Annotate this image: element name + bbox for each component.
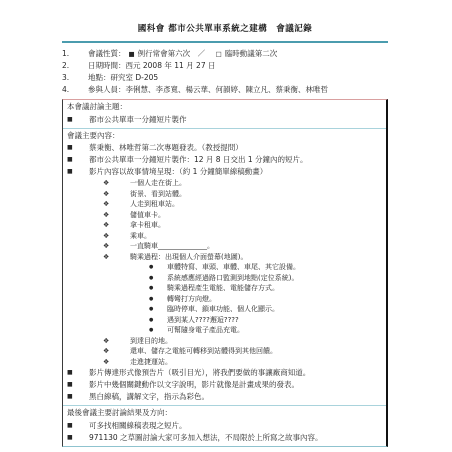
list-item: ❖騎乘過程：出現個人介面螢幕(地圖)。 [63,252,386,263]
list-item: ■影片內容以故事情境呈現：（約 1 分鐘簡單線稿動畫） [63,166,386,178]
bullet-dot-icon: ● [149,294,167,305]
meta-item: 4.參與人員：李俐慧、李彥寬、楊云華、何韻婷、陳立凡、蔡秉衡、林唯哲 [62,84,388,96]
list-item-text: 轉彎打方向燈。 [167,294,216,305]
list-item-text: 臨時停車、鎖車功能、個人化顯示。 [167,304,279,315]
bullet-dot-icon: ● [149,325,167,336]
list-item-text: 騎乘過程產生電能、電能儲存方式。 [167,283,279,294]
list-item: ●騎乘過程產生電能、電能儲存方式。 [63,283,386,294]
bullet-diamond-icon: ❖ [103,336,130,347]
section-items: ■蔡秉衡、林唯哲第二次專題發表。（教授提問）■都市公共單車一分鐘短片製作：12 … [63,142,386,403]
meta-item: 1.會議性質：■例行常會第六次 ／ □臨時動議第二次 [62,48,388,60]
list-item: ■影片中幾個關鍵動作以文字說明，影片就像是計畫成果的發表。 [63,379,386,391]
list-item: ■蔡秉衡、林唯哲第二次專題發表。（教授提問） [63,142,386,154]
list-item-text: 一個人走在街上。 [130,178,186,189]
bullet-diamond-icon: ❖ [103,199,130,210]
meta-item: 2.日期時間：西元 2008 年 11 月 27 日 [62,60,388,72]
meta-item-text: 日期時間：西元 2008 年 11 月 27 日 [88,60,388,72]
section-topic: 本會議討論主題： ■都市公共單車一分鐘短片製作 [63,100,386,128]
list-item-text: 系統感應經過路口監測到地點(定位系統)。 [167,273,298,284]
meta-text-segment: 參與人員：李俐慧、李彥寬、楊云華、何韻婷、陳立凡、蔡秉衡、林唯哲 [88,85,328,94]
meta-text-segment: 會議性質： [88,49,126,58]
list-item-text: 還車、儲存之電能可轉移到站體得到其他回饋。 [130,346,277,357]
list-item-text: 971130 之草圖討論大家可多加入想法，不局限於上所寫之故事內容。 [89,432,323,444]
bullet-square-icon: ■ [67,142,89,154]
list-item: ■都市公共單車一分鐘短片製作 [63,114,386,126]
checked-checkbox-icon: ■ [129,48,135,60]
list-item-text: 影片傳達形式像預告片（吸引目光），將我們要做的事讓廠商知道。 [89,367,310,379]
list-item: ■971130 之草圖討論大家可多加入想法，不局限於上所寫之故事內容。 [63,432,386,444]
document-page: 國科會 都市公共單車系統之建構 會議記錄 1.會議性質：■例行常會第六次 ／ □… [0,0,452,452]
title-rule [62,41,388,43]
list-item: ●系統感應經過路口監測到地點(定位系統)。 [63,273,386,284]
bullet-square-icon: ■ [67,432,89,444]
bullet-square-icon: ■ [67,154,89,166]
list-item-text: 走進捷運站。 [130,357,172,368]
bullet-dot-icon: ● [149,315,167,326]
list-item-text: 黑白線稿，講解文字，指示為彩色。 [89,391,209,403]
page-title: 國科會 都市公共單車系統之建構 會議記錄 [62,24,388,35]
list-item-text: 儲值車卡。 [130,210,165,221]
list-item-text: 街景、看到站體。 [130,189,186,200]
bullet-dot-icon: ● [149,283,167,294]
list-item: ■可多找相關線稿表現之短片。 [63,420,386,432]
list-item: ■黑白線稿，講解文字，指示為彩色。 [63,391,386,403]
bullet-square-icon: ■ [67,114,89,126]
list-item: ❖一個人走在街上。 [63,178,386,189]
bullet-square-icon: ■ [67,391,89,403]
meta-item-text: 參與人員：李俐慧、李彥寬、楊云華、何韻婷、陳立凡、蔡秉衡、林唯哲 [88,84,388,96]
meta-text-segment: 例行常會第六次 ／ [138,49,213,58]
meta-item-text: 會議性質：■例行常會第六次 ／ □臨時動議第二次 [88,48,388,60]
list-item: ❖到達目的地。 [63,336,386,347]
meta-item-number: 2. [62,60,88,72]
meta-item: 3.地點：研究室 D-205 [62,72,388,84]
list-item-text: 影片內容以故事情境呈現：（約 1 分鐘簡單線稿動畫） [89,166,267,178]
meta-item-number: 4. [62,84,88,96]
bullet-diamond-icon: ❖ [103,189,130,200]
bullet-square-icon: ■ [67,367,89,379]
list-item-text: 可幫隨身電子產品充電。 [167,325,244,336]
list-item-text: 人走到租車站。 [130,199,179,210]
section-header: 最後會議主要討論結果及方向： [63,407,386,420]
section-main-content: 會議主要內容： ■蔡秉衡、林唯哲第二次專題發表。（教授提問）■都市公共單車一分鐘… [63,128,386,406]
bullet-diamond-icon: ❖ [103,178,130,189]
meta-item-text: 地點：研究室 D-205 [88,72,388,84]
meta-text-segment: 地點：研究室 D-205 [88,73,158,82]
list-item-text: 都市公共單車一分鐘短片製作：12 月 8 日交出 1 分鐘內的短片。 [89,154,308,166]
minutes-table: 本會議討論主題： ■都市公共單車一分鐘短片製作 會議主要內容： ■蔡秉衡、林唯哲… [62,99,388,447]
list-item-text: 蔡秉衡、林唯哲第二次專題發表。（教授提問） [89,142,243,154]
list-item-text: 遇到某人????邂逅???? [167,315,239,326]
bullet-diamond-icon: ❖ [103,357,130,368]
section-header: 會議主要內容： [63,130,386,143]
list-item-text: 到達目的地。 [130,336,172,347]
bullet-dot-icon: ● [149,273,167,284]
meta-text-segment: 臨時動議第二次 [225,49,278,58]
meta-item-number: 1. [62,48,88,60]
list-item-text: 影片中幾個關鍵動作以文字說明，影片就像是計畫成果的發表。 [89,379,299,391]
list-item: ●遇到某人????邂逅???? [63,315,386,326]
list-item-text: 車體特寫、車頭、車體、車尾、其它設備。 [167,262,300,273]
list-item-text: 一直騎車______________。 [130,241,214,252]
list-item-text: 騎乘過程：出現個人介面螢幕(地圖)。 [130,252,247,263]
bullet-diamond-icon: ❖ [103,252,130,263]
bullet-diamond-icon: ❖ [103,210,130,221]
list-item: ■影片傳達形式像預告片（吸引目光），將我們要做的事讓廠商知道。 [63,367,386,379]
meta-item-number: 3. [62,72,88,84]
bullet-square-icon: ■ [67,420,89,432]
bullet-square-icon: ■ [67,379,89,391]
bullet-square-icon: ■ [67,166,89,178]
empty-checkbox-icon: □ [216,48,222,60]
section-items: ■都市公共單車一分鐘短片製作 [63,114,386,126]
list-item: ●臨時停車、鎖車功能、個人化顯示。 [63,304,386,315]
bullet-diamond-icon: ❖ [103,220,130,231]
list-item-text: 都市公共單車一分鐘短片製作 [89,114,187,126]
section-conclusion: 最後會議主要討論結果及方向： ■可多找相關線稿表現之短片。■971130 之草圖… [63,405,386,446]
list-item: ❖街景、看到站體。 [63,189,386,200]
meta-text-segment: 日期時間：西元 2008 年 11 月 27 日 [88,61,215,70]
bullet-dot-icon: ● [149,262,167,273]
list-item: ■都市公共單車一分鐘短片製作：12 月 8 日交出 1 分鐘內的短片。 [63,154,386,166]
list-item-text: 可多找相關線稿表現之短片。 [89,420,187,432]
list-item-text: 乘車。 [130,231,151,242]
list-item: ●車體特寫、車頭、車體、車尾、其它設備。 [63,262,386,273]
list-item: ❖還車、儲存之電能可轉移到站體得到其他回饋。 [63,346,386,357]
list-item: ●轉彎打方向燈。 [63,294,386,305]
list-item: ❖乘車。 [63,231,386,242]
list-item: ❖一直騎車______________。 [63,241,386,252]
list-item: ●可幫隨身電子產品充電。 [63,325,386,336]
list-item: ❖走進捷運站。 [63,357,386,368]
list-item: ❖人走到租車站。 [63,199,386,210]
list-item: ❖拿卡租車。 [63,220,386,231]
section-header: 本會議討論主題： [63,101,386,114]
list-item-text: 拿卡租車。 [130,220,165,231]
list-item: ❖儲值車卡。 [63,210,386,221]
bullet-diamond-icon: ❖ [103,346,130,357]
bullet-diamond-icon: ❖ [103,241,130,252]
bullet-dot-icon: ● [149,304,167,315]
bullet-diamond-icon: ❖ [103,231,130,242]
section-items: ■可多找相關線稿表現之短片。■971130 之草圖討論大家可多加入想法，不局限於… [63,420,386,444]
meta-list: 1.會議性質：■例行常會第六次 ／ □臨時動議第二次2.日期時間：西元 2008… [62,48,388,96]
